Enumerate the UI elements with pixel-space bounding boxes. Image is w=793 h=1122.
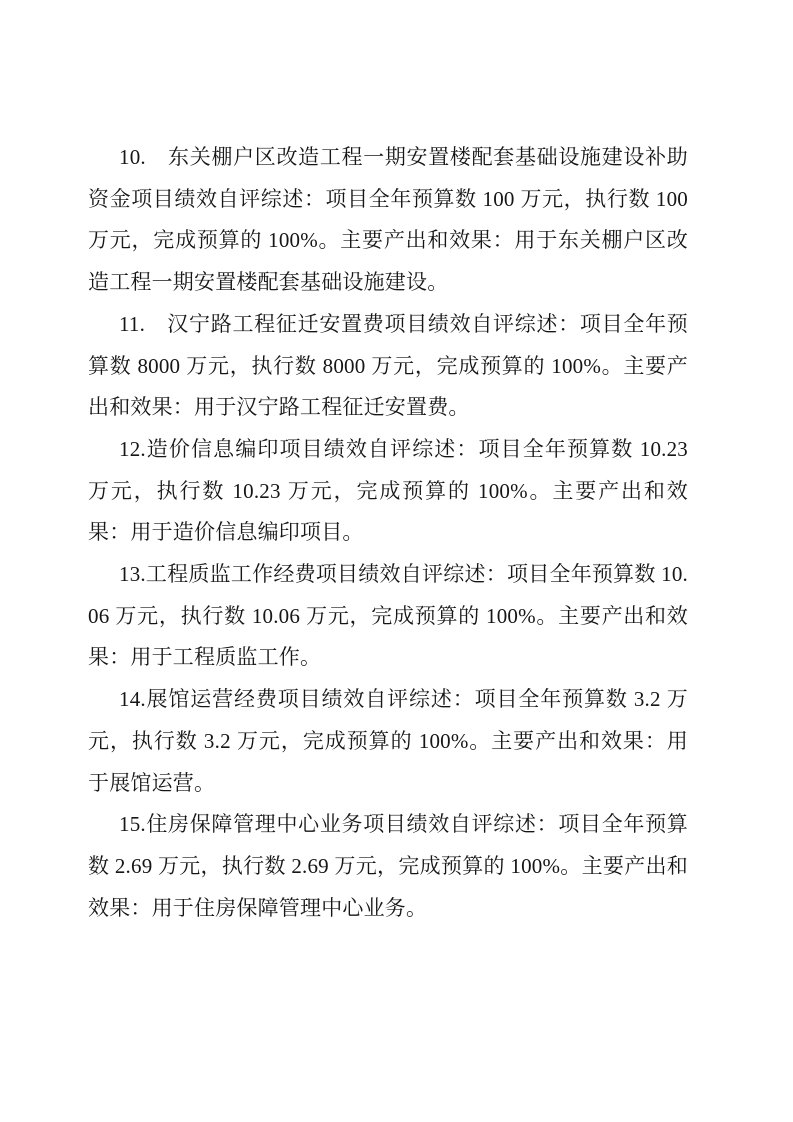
paragraph-item-12: 12.造价信息编印项目绩效自评综述：项目全年预算数 10.23 万元，执行数 1…	[88, 429, 688, 554]
document-page: 10. 东关棚户区改造工程一期安置楼配套基础设施建设补助资金项目绩效自评综述：项…	[0, 0, 793, 1122]
paragraph-item-15: 15.住房保障管理中心业务项目绩效自评综述：项目全年预算数 2.69 万元，执行…	[88, 804, 688, 929]
document-body: 10. 东关棚户区改造工程一期安置楼配套基础设施建设补助资金项目绩效自评综述：项…	[88, 137, 688, 929]
paragraph-item-10: 10. 东关棚户区改造工程一期安置楼配套基础设施建设补助资金项目绩效自评综述：项…	[88, 137, 688, 304]
paragraph-item-11: 11. 汉宁路工程征迁安置费项目绩效自评综述：项目全年预算数 8000 万元，执…	[88, 304, 688, 429]
paragraph-item-14: 14.展馆运营经费项目绩效自评综述：项目全年预算数 3.2 万元，执行数 3.2…	[88, 679, 688, 804]
paragraph-item-13: 13.工程质监工作经费项目绩效自评综述：项目全年预算数 10.06 万元，执行数…	[88, 554, 688, 679]
